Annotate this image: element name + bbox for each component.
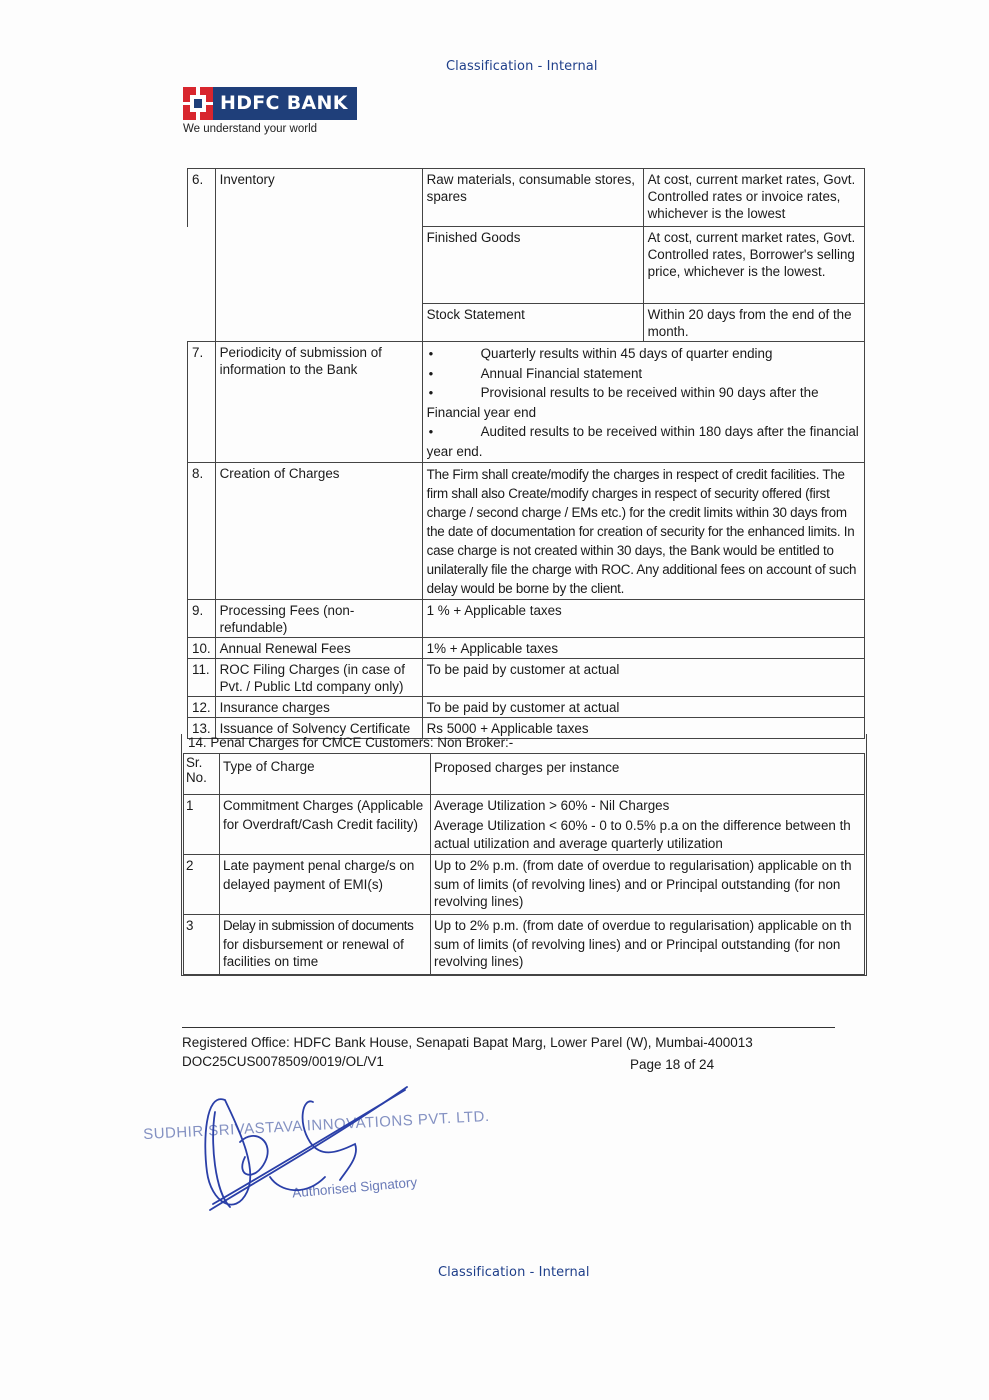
creation-of-charges-text: The Firm shall create/modify the charges… [422, 463, 864, 600]
sr-no: 12. [188, 697, 216, 718]
inventory-valuation: At cost, current market rates, Govt. Con… [643, 227, 864, 304]
charge-description: Up to 2% p.m. (from date of overdue to r… [431, 855, 865, 915]
header-proposed-charges: Proposed charges per instance [431, 754, 865, 795]
table-row: 1 Commitment Charges (Applicable for Ove… [184, 795, 865, 855]
periodicity-list: Quarterly results within 45 days of quar… [422, 342, 864, 463]
classification-label-bottom: Classification - Internal [438, 1265, 590, 1280]
charge-type: Commitment Charges (Applicable for Overd… [220, 795, 431, 855]
row-label: Periodicity of submission of information… [215, 342, 422, 463]
sr-no: 3 [184, 915, 220, 975]
table-row: 6. Inventory Raw materials, consumable s… [188, 169, 865, 227]
inventory-type: Finished Goods [422, 227, 643, 304]
footer-divider [182, 1027, 835, 1028]
table-row: 8. Creation of Charges The Firm shall cr… [188, 463, 865, 600]
table-row: 7. Periodicity of submission of informat… [188, 342, 865, 463]
bullet-item: Quarterly results within 45 days of quar… [427, 344, 860, 364]
sr-no: 6. [188, 169, 216, 227]
signature-icon [185, 1082, 415, 1222]
table-row: 3 Delay in submission of documents for d… [184, 915, 865, 975]
row-value: To be paid by customer at actual [422, 659, 864, 697]
row-label: Processing Fees (non-refundable) [215, 600, 422, 638]
bullet-item: Annual Financial statement [427, 364, 860, 384]
terms-table: 6. Inventory Raw materials, consumable s… [187, 168, 865, 739]
charge-description: Average Utilization > 60% - Nil Charges … [431, 795, 865, 855]
bullet-item: Provisional results to be received withi… [427, 383, 860, 422]
charge-type: Late payment penal charge/s on delayed p… [220, 855, 431, 915]
table-row: 10. Annual Renewal Fees 1% + Applicable … [188, 638, 865, 659]
table-row: 12. Insurance charges To be paid by cust… [188, 697, 865, 718]
row-label: Annual Renewal Fees [215, 638, 422, 659]
logo-wordmark: HDFC BANK [213, 87, 357, 120]
table-row: 11. ROC Filing Charges (in case of Pvt. … [188, 659, 865, 697]
sr-no: 8. [188, 463, 216, 600]
header-type-of-charge: Type of Charge [220, 754, 431, 795]
inventory-type: Stock Statement [422, 304, 643, 342]
inventory-type: Raw materials, consumable stores, spares [422, 169, 643, 227]
sr-no: 10. [188, 638, 216, 659]
charge-description: Up to 2% p.m. (from date of overdue to r… [431, 915, 865, 975]
header-sr-no: Sr. No. [184, 754, 220, 795]
row-value: 1% + Applicable taxes [422, 638, 864, 659]
inventory-valuation: At cost, current market rates, Govt. Con… [643, 169, 864, 227]
sr-no: 9. [188, 600, 216, 638]
document-number: DOC25CUS0078509/0019/OL/V1 [182, 1054, 384, 1069]
table-row: 2 Late payment penal charge/s on delayed… [184, 855, 865, 915]
page-number: Page 18 of 24 [630, 1057, 714, 1072]
sr-no: 2 [184, 855, 220, 915]
bullet-item: Audited results to be received within 18… [427, 422, 860, 461]
inventory-valuation: Within 20 days from the end of the month… [643, 304, 864, 342]
row-label: ROC Filing Charges (in case of Pvt. / Pu… [215, 659, 422, 697]
hdfc-logo-icon [183, 87, 213, 120]
registered-office: Registered Office: HDFC Bank House, Sena… [182, 1035, 753, 1050]
row-label: Creation of Charges [215, 463, 422, 600]
table-header-row: Sr. No. Type of Charge Proposed charges … [184, 754, 865, 795]
table-row: 9. Processing Fees (non-refundable) 1 % … [188, 600, 865, 638]
tagline: We understand your world [183, 123, 317, 135]
sr-no: 1 [184, 795, 220, 855]
row-label: Insurance charges [215, 697, 422, 718]
charge-type: Delay in submission of documents for dis… [220, 915, 431, 975]
table-row: Stock Statement Within 20 days from the … [188, 304, 865, 342]
row-value: To be paid by customer at actual [422, 697, 864, 718]
hdfc-bank-logo: HDFC BANK [183, 87, 357, 120]
classification-label-top: Classification - Internal [446, 59, 598, 74]
penal-charges-table: Sr. No. Type of Charge Proposed charges … [183, 753, 865, 975]
penal-charges-title: 14. Penal Charges for CMCE Customers: No… [188, 735, 513, 750]
table-row: Finished Goods At cost, current market r… [188, 227, 865, 304]
sr-no: 11. [188, 659, 216, 697]
sr-no: 7. [188, 342, 216, 463]
row-label: Inventory [215, 169, 422, 227]
row-value: 1 % + Applicable taxes [422, 600, 864, 638]
